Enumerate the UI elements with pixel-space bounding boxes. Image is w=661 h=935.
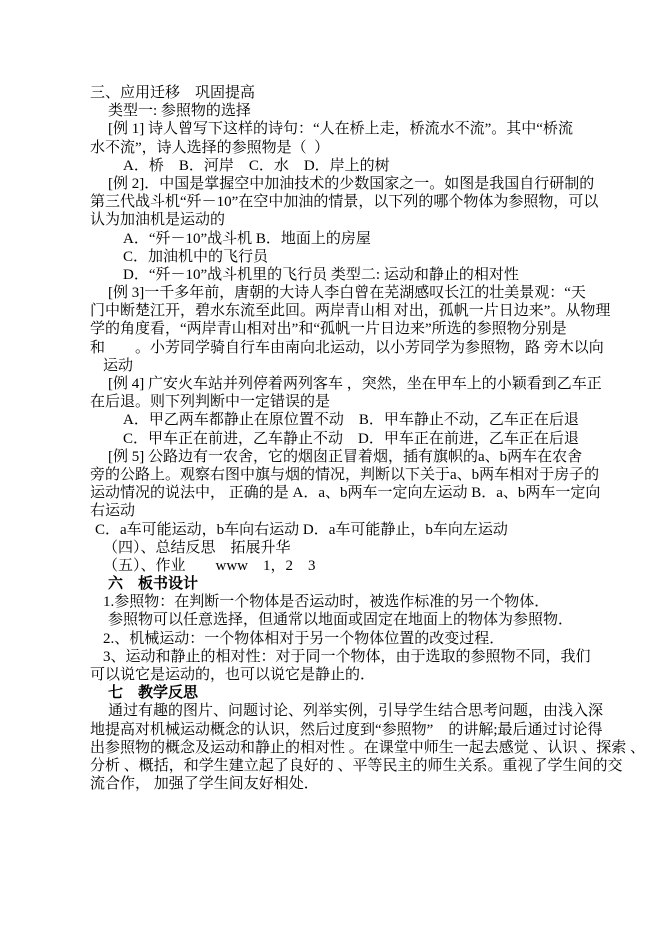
text-line: C．加油机中的飞行员 [90, 248, 590, 266]
text-line: C．a车可能运动，b车向右运动 D．a车可能静止，b车向左运动 [90, 521, 590, 539]
document-page: 三、应用迁移 巩固提高类型一: 参照物的选择[例 1] 诗人曾写下这样的诗句：“… [0, 0, 661, 935]
text-line: 七 教学反思 [90, 684, 590, 702]
text-line: 第三代战斗机“歼－10”在空中加油的情景，以下列的哪个物体为参照物，可以 [90, 193, 590, 211]
document-body: 三、应用迁移 巩固提高类型一: 参照物的选择[例 1] 诗人曾写下这样的诗句：“… [90, 84, 590, 793]
text-line: 类型一: 参照物的选择 [90, 102, 590, 120]
text-line: 3、运动和静止的相对性：对于同一个物体，由于选取的参照物不同，我们 [90, 648, 590, 666]
text-line: [例 2]．中国是掌握空中加油技术的少数国家之一。如图是我国自行研制的 [90, 175, 590, 193]
text-line: 门中断楚江开，碧水东流至此回。两岸青山相 对出，孤帆一片日边来”。从物理 [90, 302, 590, 320]
text-line: 和 。小芳同学骑自行车由南向北运动，以小芳同学为参照物，路 旁木以向 [90, 339, 590, 357]
text-line: [例 5] 公路边有一农舍，它的烟囱正冒着烟，插有旗帜的a、b两车在农舍 [90, 448, 590, 466]
text-line: 1.参照物：在判断一个物体是否运动时，被选作标准的另一个物体． [90, 593, 590, 611]
text-line: 认为加油机是运动的 [90, 211, 590, 229]
text-line: 运动 [90, 357, 590, 375]
text-line: 运动情况的说法中， 正确的是 A．a、b两车一定向左运动 B．a、b两车一定向 [90, 484, 590, 502]
text-line: 六 板书设计 [90, 575, 590, 593]
text-line: 在后退。则下列判断中一定错误的是 [90, 393, 590, 411]
text-line: 水不流”，诗人选择的参照物是（ ） [90, 139, 590, 157]
text-line: （五）、作业 www 1，2 3 [90, 557, 590, 575]
text-line: 出参照物的概念及运动和静止的相对性 。在课堂中师生一起去感觉 、认识 、探索 、 [90, 739, 590, 757]
text-line: 2.、机械运动：一个物体相对于另一个物体位置的改变过程． [90, 630, 590, 648]
text-line: D．“歼－10”战斗机里的飞行员 类型二: 运动和静止的相对性 [90, 266, 590, 284]
text-line: C．甲车正在前进，乙车静止不动 D．甲车正在前进，乙车正在后退 [90, 430, 590, 448]
text-line: 分析 、概括，和学生建立起了良好的 、平等民主的师生关系。重视了学生间的交 [90, 757, 590, 775]
text-line: A．桥 B．河岸 C．水 D．岸上的树 [90, 157, 590, 175]
text-line: 通过有趣的图片、问题讨论、列举实例，引导学生结合思考问题，由浅入深 [90, 702, 590, 720]
text-line: 可以说它是运动的，也可以说它是静止的． [90, 666, 590, 684]
text-line: 右运动 [90, 502, 590, 520]
text-line: [例 1] 诗人曾写下这样的诗句：“人在桥上走，桥流水不流”。其中“桥流 [90, 120, 590, 138]
text-line: 旁的公路上。观察右图中旗与烟的情况，判断以下关于a、b两车相对于房子的 [90, 466, 590, 484]
text-line: [例 3]一千多年前，唐朝的大诗人李白曾在芜湖感叹长江的壮美景观：“天 [90, 284, 590, 302]
text-line: [例 4] 广安火车站并列停着两列客车 ，突然，坐在甲车上的小颖看到乙车正 [90, 375, 590, 393]
text-line: 三、应用迁移 巩固提高 [90, 84, 590, 102]
text-line: A．“歼－10”战斗机 B．地面上的房屋 [90, 230, 590, 248]
text-line: 地提高对机械运动概念的认识，然后过度到“参照物” 的讲解;最后通过讨论得 [90, 721, 590, 739]
text-line: A．甲乙两车都静止在原位置不动 B．甲车静止不动，乙车正在后退 [90, 411, 590, 429]
text-line: 流合作， 加强了学生间友好相处． [90, 775, 590, 793]
text-line: 学的角度看，“两岸青山相对出”和“孤帆一片日边来”所选的参照物分别是 [90, 320, 590, 338]
text-line: （四）、总结反思 拓展升华 [90, 539, 590, 557]
text-line: 参照物可以任意选择，但通常以地面或固定在地面上的物体为参照物． [90, 611, 590, 629]
